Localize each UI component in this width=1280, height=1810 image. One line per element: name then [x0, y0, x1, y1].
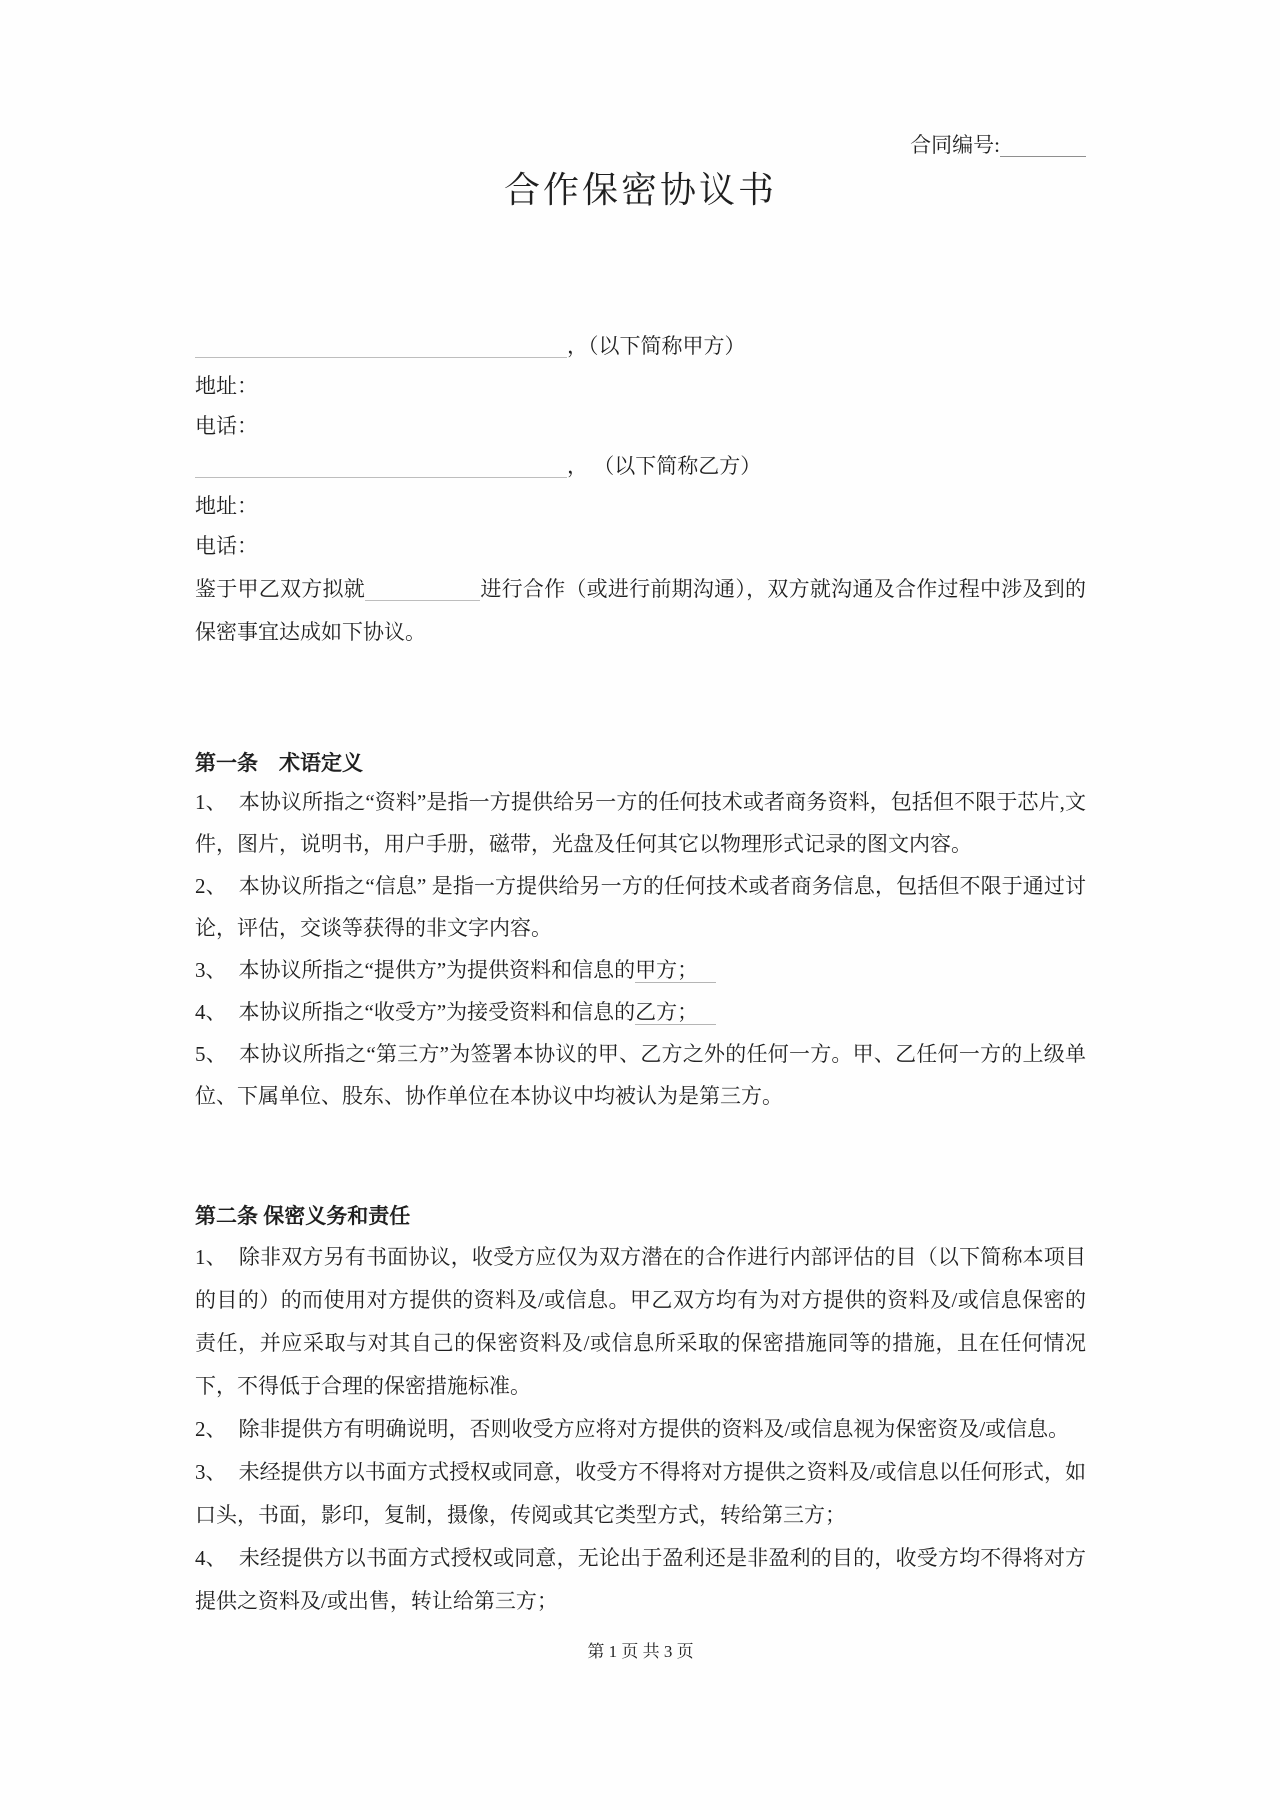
contract-number-label: 合同编号: — [910, 133, 1000, 157]
party-a-suffix: ，（以下简称甲方） — [567, 334, 746, 358]
clause-number: 1、 — [195, 1245, 227, 1269]
page-number-footer: 第 1 页 共 3 页 — [195, 1639, 1086, 1665]
party-a-name-line: ，（以下简称甲方） — [195, 326, 1086, 366]
document-page: 合同编号: 合作保密协议书 ，（以下简称甲方） 地址： 电话： ， （以下简称乙… — [0, 0, 1280, 1810]
clause-item: 4、未经提供方以书面方式授权或同意，无论出于盈利还是非盈利的目的，收受方均不得将… — [195, 1537, 1086, 1623]
clause-number: 4、 — [195, 1000, 227, 1024]
clause-item: 5、本协议所指之“第三方”为签署本协议的甲、乙方之外的任何一方。甲、乙任何一方的… — [195, 1033, 1086, 1117]
party-a-phone-label: 电话： — [195, 414, 258, 438]
party-b-suffix: ， （以下简称乙方） — [567, 454, 761, 478]
clause-number: 3、 — [195, 1460, 227, 1484]
article-1-heading: 第一条 术语定义 — [195, 748, 1086, 778]
clause-text: 本协议所指之“信息” 是指一方提供给另一方的任何技术或者商务信息，包括但不限于通… — [195, 874, 1086, 940]
clause-item: 1、除非双方另有书面协议，收受方应仅为双方潜在的合作进行内部评估的目（以下简称本… — [195, 1236, 1086, 1408]
preamble-lead: 鉴于甲乙双方拟就 — [195, 577, 365, 601]
party-a-address-label: 地址： — [195, 374, 258, 398]
document-title: 合作保密协议书 — [195, 166, 1086, 214]
clause-number: 1、 — [195, 790, 227, 814]
clause-text: 本协议所指之“资料”是指一方提供给另一方的任何技术或者商务资料，包括但不限于芯片… — [195, 790, 1086, 856]
clause-underlined-text: 甲方； — [635, 958, 716, 983]
party-b-address-label: 地址： — [195, 494, 258, 518]
clause-text: 未经提供方以书面方式授权或同意，收受方不得将对方提供之资料及/或信息以任何形式，… — [195, 1460, 1086, 1527]
contract-number-line: 合同编号: — [195, 132, 1086, 158]
clause-item: 3、未经提供方以书面方式授权或同意，收受方不得将对方提供之资料及/或信息以任何形… — [195, 1451, 1086, 1537]
party-b-name-line: ， （以下简称乙方） — [195, 446, 1086, 486]
party-a-address-line: 地址： — [195, 366, 1086, 406]
clause-underlined-text: 乙方； — [635, 1000, 716, 1025]
clause-number: 2、 — [195, 1417, 227, 1441]
clause-item: 4、本协议所指之“收受方”为接受资料和信息的乙方； — [195, 991, 1086, 1033]
clause-item: 2、本协议所指之“信息” 是指一方提供给另一方的任何技术或者商务信息，包括但不限… — [195, 865, 1086, 949]
clause-text: 除非双方另有书面协议，收受方应仅为双方潜在的合作进行内部评估的目（以下简称本项目… — [195, 1245, 1086, 1398]
article-2-items: 1、除非双方另有书面协议，收受方应仅为双方潜在的合作进行内部评估的目（以下简称本… — [195, 1236, 1086, 1623]
clause-text: 本协议所指之“提供方”为提供资料和信息的 — [239, 958, 636, 982]
article-2-heading: 第二条 保密义务和责任 — [195, 1201, 1086, 1231]
clause-number: 4、 — [195, 1546, 227, 1570]
clause-text: 未经提供方以书面方式授权或同意，无论出于盈利还是非盈利的目的，收受方均不得将对方… — [195, 1546, 1086, 1613]
party-b-phone-label: 电话： — [195, 534, 258, 558]
article-1-items: 1、本协议所指之“资料”是指一方提供给另一方的任何技术或者商务资料，包括但不限于… — [195, 781, 1086, 1117]
preamble-paragraph: 鉴于甲乙双方拟就进行合作（或进行前期沟通），双方就沟通及合作过程中涉及到的保密事… — [195, 568, 1086, 654]
party-a-name-blank-field[interactable] — [195, 337, 567, 358]
cooperation-subject-blank-field[interactable] — [365, 580, 480, 601]
clause-text: 本协议所指之“收受方”为接受资料和信息的 — [239, 1000, 636, 1024]
clause-text: 本协议所指之“第三方”为签署本协议的甲、乙方之外的任何一方。甲、乙任何一方的上级… — [195, 1042, 1086, 1108]
clause-number: 3、 — [195, 958, 227, 982]
clause-item: 1、本协议所指之“资料”是指一方提供给另一方的任何技术或者商务资料，包括但不限于… — [195, 781, 1086, 865]
party-b-phone-line: 电话： — [195, 526, 1086, 566]
clause-item: 3、本协议所指之“提供方”为提供资料和信息的甲方； — [195, 949, 1086, 991]
parties-section: ，（以下简称甲方） 地址： 电话： ， （以下简称乙方） 地址： 电话： — [195, 326, 1086, 566]
clause-item: 2、除非提供方有明确说明，否则收受方应将对方提供的资料及/或信息视为保密资及/或… — [195, 1408, 1086, 1451]
clause-number: 2、 — [195, 874, 227, 898]
contract-number-blank-field[interactable] — [1000, 136, 1086, 157]
clause-text: 除非提供方有明确说明，否则收受方应将对方提供的资料及/或信息视为保密资及/或信息… — [239, 1417, 1070, 1441]
party-b-name-blank-field[interactable] — [195, 457, 567, 478]
clause-number: 5、 — [195, 1042, 227, 1066]
party-b-address-line: 地址： — [195, 486, 1086, 526]
party-a-phone-line: 电话： — [195, 406, 1086, 446]
